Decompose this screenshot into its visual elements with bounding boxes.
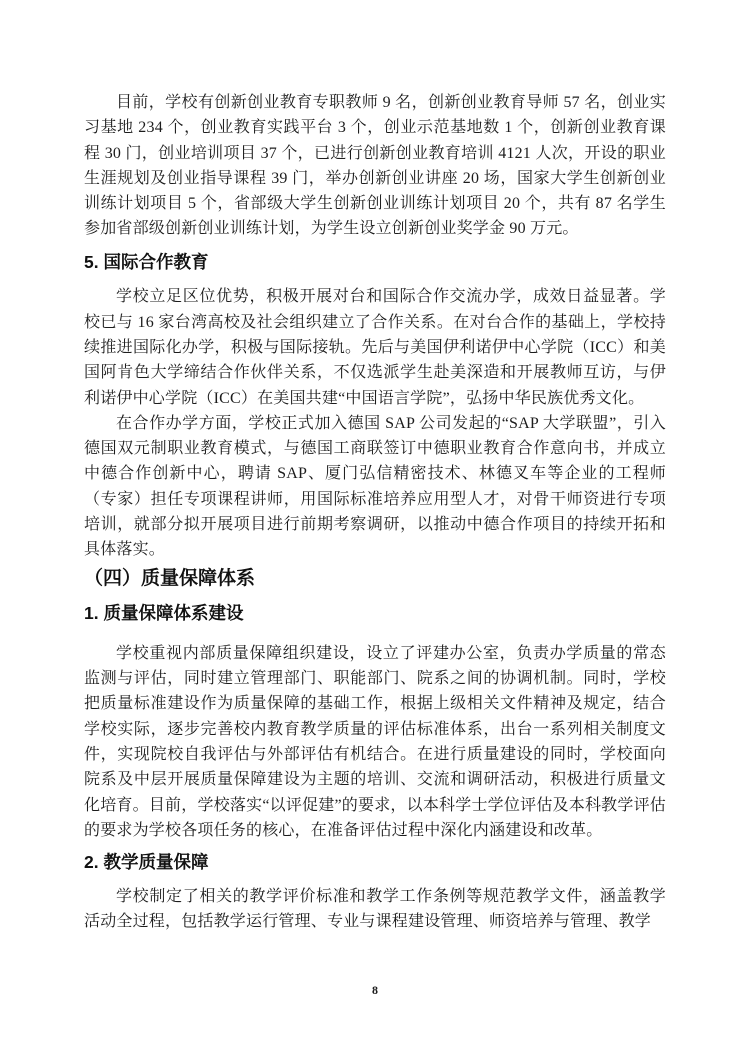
heading-quality-assurance-construction: 1. 质量保障体系建设	[84, 602, 666, 626]
paragraph-teaching-quality-detail: 学校制定了相关的教学评价标准和教学工作条例等规范教学文件，涵盖教学活动全过程，包…	[84, 884, 666, 935]
paragraph-german-cooperation: 在合作办学方面，学校正式加入德国 SAP 公司发起的“SAP 大学联盟”，引入德…	[84, 411, 666, 563]
page-content: 目前，学校有创新创业教育专职教师 9 名，创新创业教育导师 57 名，创业实习基…	[84, 90, 666, 934]
heading-teaching-quality-assurance: 2. 教学质量保障	[84, 851, 666, 875]
heading-quality-assurance-system: （四）质量保障体系	[84, 566, 666, 593]
page-number: 8	[372, 983, 378, 997]
document-page: 目前，学校有创新创业教育专职教师 9 名，创新创业教育导师 57 名，创业实习基…	[0, 0, 750, 1061]
paragraph-quality-assurance-detail: 学校重视内部质量保障组织建设，设立了评建办公室，负责办学质量的常态监测与评估，同…	[84, 641, 666, 843]
paragraph-innovation-education-stats: 目前，学校有创新创业教育专职教师 9 名，创新创业教育导师 57 名，创业实习基…	[84, 90, 666, 242]
paragraph-taiwan-international-cooperation: 学校立足区位优势，积极开展对台和国际合作交流办学，成效日益显著。学校已与 16 …	[84, 284, 666, 410]
page-footer: 8	[0, 981, 750, 999]
heading-international-cooperation-education: 5. 国际合作教育	[84, 251, 666, 275]
